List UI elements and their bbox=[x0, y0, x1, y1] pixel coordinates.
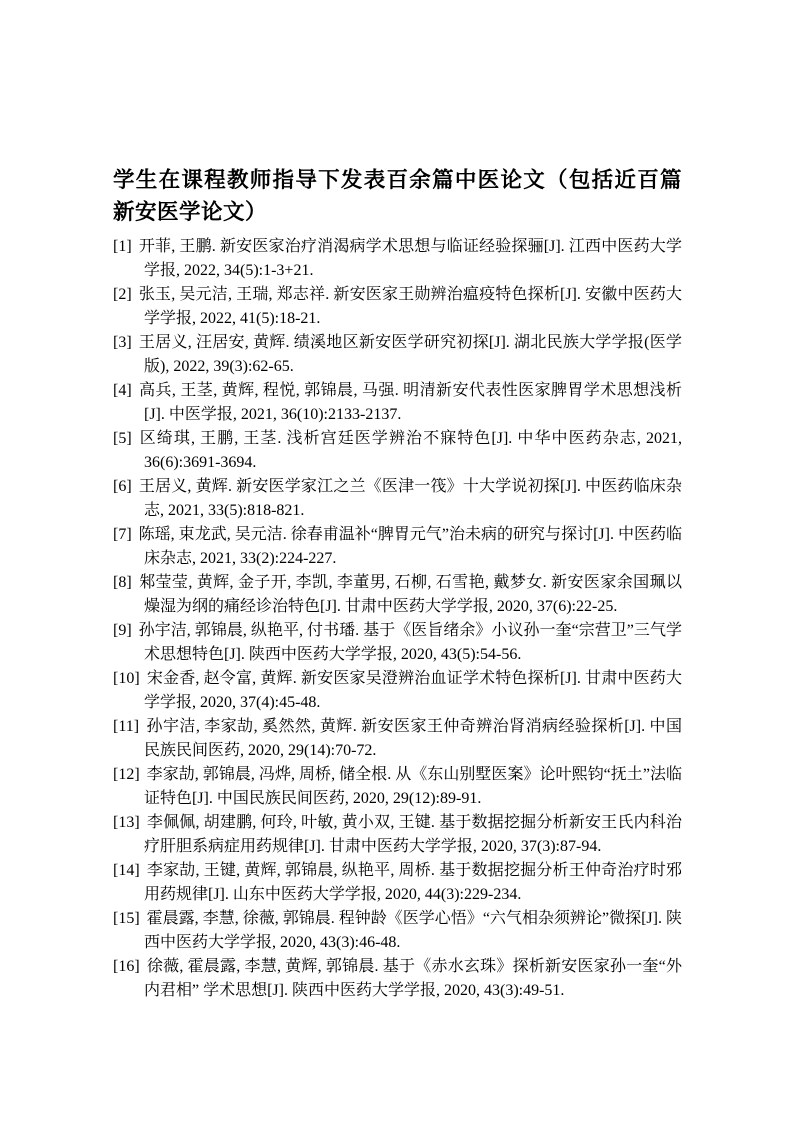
reference-text: 李家劼, 王键, 黄辉, 郭锦晨, 纵艳平, 周桥. 基于数据挖掘分析王仲奇治疗… bbox=[144, 862, 682, 903]
reference-label: [16] bbox=[113, 958, 140, 975]
reference-item: [2]张玉, 吴元洁, 王瑞, 郑志祥. 新安医家王勋辨治瘟疫特色探析[J]. … bbox=[113, 283, 682, 331]
reference-label: [2] bbox=[113, 286, 132, 303]
reference-label: [6] bbox=[113, 478, 132, 495]
reference-item: [4]高兵, 王茎, 黄辉, 程悦, 郭锦晨, 马强. 明清新安代表性医家脾胃学… bbox=[113, 379, 682, 427]
reference-text: 孙宇洁, 李家劼, 奚然然, 黄辉. 新安医家王仲奇辨治肾消病经验探析[J]. … bbox=[144, 718, 682, 759]
reference-label: [15] bbox=[113, 910, 140, 927]
reference-label: [5] bbox=[113, 430, 132, 447]
reference-label: [3] bbox=[113, 334, 132, 351]
reference-label: [11] bbox=[113, 718, 139, 735]
reference-text: 区绮琪, 王鹏, 王茎. 浅析宫廷医学辨治不寐特色[J]. 中华中医药杂志, 2… bbox=[139, 430, 682, 471]
reference-label: [4] bbox=[113, 382, 132, 399]
reference-item: [5]区绮琪, 王鹏, 王茎. 浅析宫廷医学辨治不寐特色[J]. 中华中医药杂志… bbox=[113, 427, 682, 475]
document-page: 学生在课程教师指导下发表百余篇中医论文（包括近百篇新安医学论文） [1]开菲, … bbox=[0, 0, 794, 1123]
reference-label: [14] bbox=[113, 862, 140, 879]
reference-label: [7] bbox=[113, 526, 132, 543]
reference-text: 高兵, 王茎, 黄辉, 程悦, 郭锦晨, 马强. 明清新安代表性医家脾胃学术思想… bbox=[139, 382, 682, 423]
reference-item: [8]邾莹莹, 黄辉, 金子开, 李凯, 李董男, 石柳, 石雪艳, 戴梦女. … bbox=[113, 571, 682, 619]
reference-item: [11]孙宇洁, 李家劼, 奚然然, 黄辉. 新安医家王仲奇辨治肾消病经验探析[… bbox=[113, 715, 682, 763]
reference-item: [12]李家劼, 郭锦晨, 冯烨, 周桥, 储全根. 从《东山别墅医案》论叶熙钧… bbox=[113, 763, 682, 811]
reference-item: [15]霍晨露, 李慧, 徐薇, 郭锦晨. 程钟龄《医学心悟》“六气相杂须辨论”… bbox=[113, 907, 682, 955]
reference-text: 王居义, 黄辉. 新安医学家江之兰《医津一筏》十大学说初探[J]. 中医药临床杂… bbox=[139, 478, 682, 519]
reference-text: 陈瑶, 束龙武, 吴元洁. 徐春甫温补“脾胃元气”治未病的研究与探讨[J]. 中… bbox=[139, 526, 682, 567]
reference-label: [13] bbox=[113, 814, 140, 831]
reference-text: 王居义, 汪居安, 黄辉. 绩溪地区新安医学研究初探[J]. 湖北民族大学学报(… bbox=[139, 334, 682, 375]
reference-item: [14]李家劼, 王键, 黄辉, 郭锦晨, 纵艳平, 周桥. 基于数据挖掘分析王… bbox=[113, 859, 682, 907]
reference-item: [10]宋金香, 赵令富, 黄辉. 新安医家吴澄辨治血证学术特色探析[J]. 甘… bbox=[113, 667, 682, 715]
reference-text: 霍晨露, 李慧, 徐薇, 郭锦晨. 程钟龄《医学心悟》“六气相杂须辨论”微探[J… bbox=[144, 910, 682, 951]
reference-text: 徐薇, 霍晨露, 李慧, 黄辉, 郭锦晨. 基于《赤水玄珠》探析新安医家孙一奎“… bbox=[144, 958, 682, 999]
reference-label: [10] bbox=[113, 670, 140, 687]
reference-item: [7]陈瑶, 束龙武, 吴元洁. 徐春甫温补“脾胃元气”治未病的研究与探讨[J]… bbox=[113, 523, 682, 571]
reference-text: 邾莹莹, 黄辉, 金子开, 李凯, 李董男, 石柳, 石雪艳, 戴梦女. 新安医… bbox=[139, 574, 682, 615]
reference-text: 李佩佩, 胡建鹏, 何玲, 叶敏, 黄小双, 王键. 基于数据挖掘分析新安王氏内… bbox=[144, 814, 682, 855]
reference-item: [16]徐薇, 霍晨露, 李慧, 黄辉, 郭锦晨. 基于《赤水玄珠》探析新安医家… bbox=[113, 955, 682, 1003]
reference-text: 开菲, 王鹏. 新安医家治疗消渴病学术思想与临证经验探骊[J]. 江西中医药大学… bbox=[139, 238, 682, 279]
reference-list: [1]开菲, 王鹏. 新安医家治疗消渴病学术思想与临证经验探骊[J]. 江西中医… bbox=[113, 235, 682, 1003]
reference-item: [6]王居义, 黄辉. 新安医学家江之兰《医津一筏》十大学说初探[J]. 中医药… bbox=[113, 475, 682, 523]
reference-item: [1]开菲, 王鹏. 新安医家治疗消渴病学术思想与临证经验探骊[J]. 江西中医… bbox=[113, 235, 682, 283]
reference-item: [9]孙宇洁, 郭锦晨, 纵艳平, 付书璠. 基于《医旨绪余》小议孙一奎“宗营卫… bbox=[113, 619, 682, 667]
page-title: 学生在课程教师指导下发表百余篇中医论文（包括近百篇新安医学论文） bbox=[113, 164, 682, 228]
reference-label: [1] bbox=[113, 238, 132, 255]
reference-text: 张玉, 吴元洁, 王瑞, 郑志祥. 新安医家王勋辨治瘟疫特色探析[J]. 安徽中… bbox=[139, 286, 682, 327]
reference-label: [9] bbox=[113, 622, 132, 639]
reference-text: 孙宇洁, 郭锦晨, 纵艳平, 付书璠. 基于《医旨绪余》小议孙一奎“宗营卫”三气… bbox=[139, 622, 682, 663]
reference-text: 宋金香, 赵令富, 黄辉. 新安医家吴澄辨治血证学术特色探析[J]. 甘肃中医药… bbox=[144, 670, 682, 711]
reference-item: [13]李佩佩, 胡建鹏, 何玲, 叶敏, 黄小双, 王键. 基于数据挖掘分析新… bbox=[113, 811, 682, 859]
reference-item: [3]王居义, 汪居安, 黄辉. 绩溪地区新安医学研究初探[J]. 湖北民族大学… bbox=[113, 331, 682, 379]
reference-text: 李家劼, 郭锦晨, 冯烨, 周桥, 储全根. 从《东山别墅医案》论叶熙钧“抚土”… bbox=[144, 766, 682, 807]
reference-label: [12] bbox=[113, 766, 140, 783]
reference-label: [8] bbox=[113, 574, 132, 591]
